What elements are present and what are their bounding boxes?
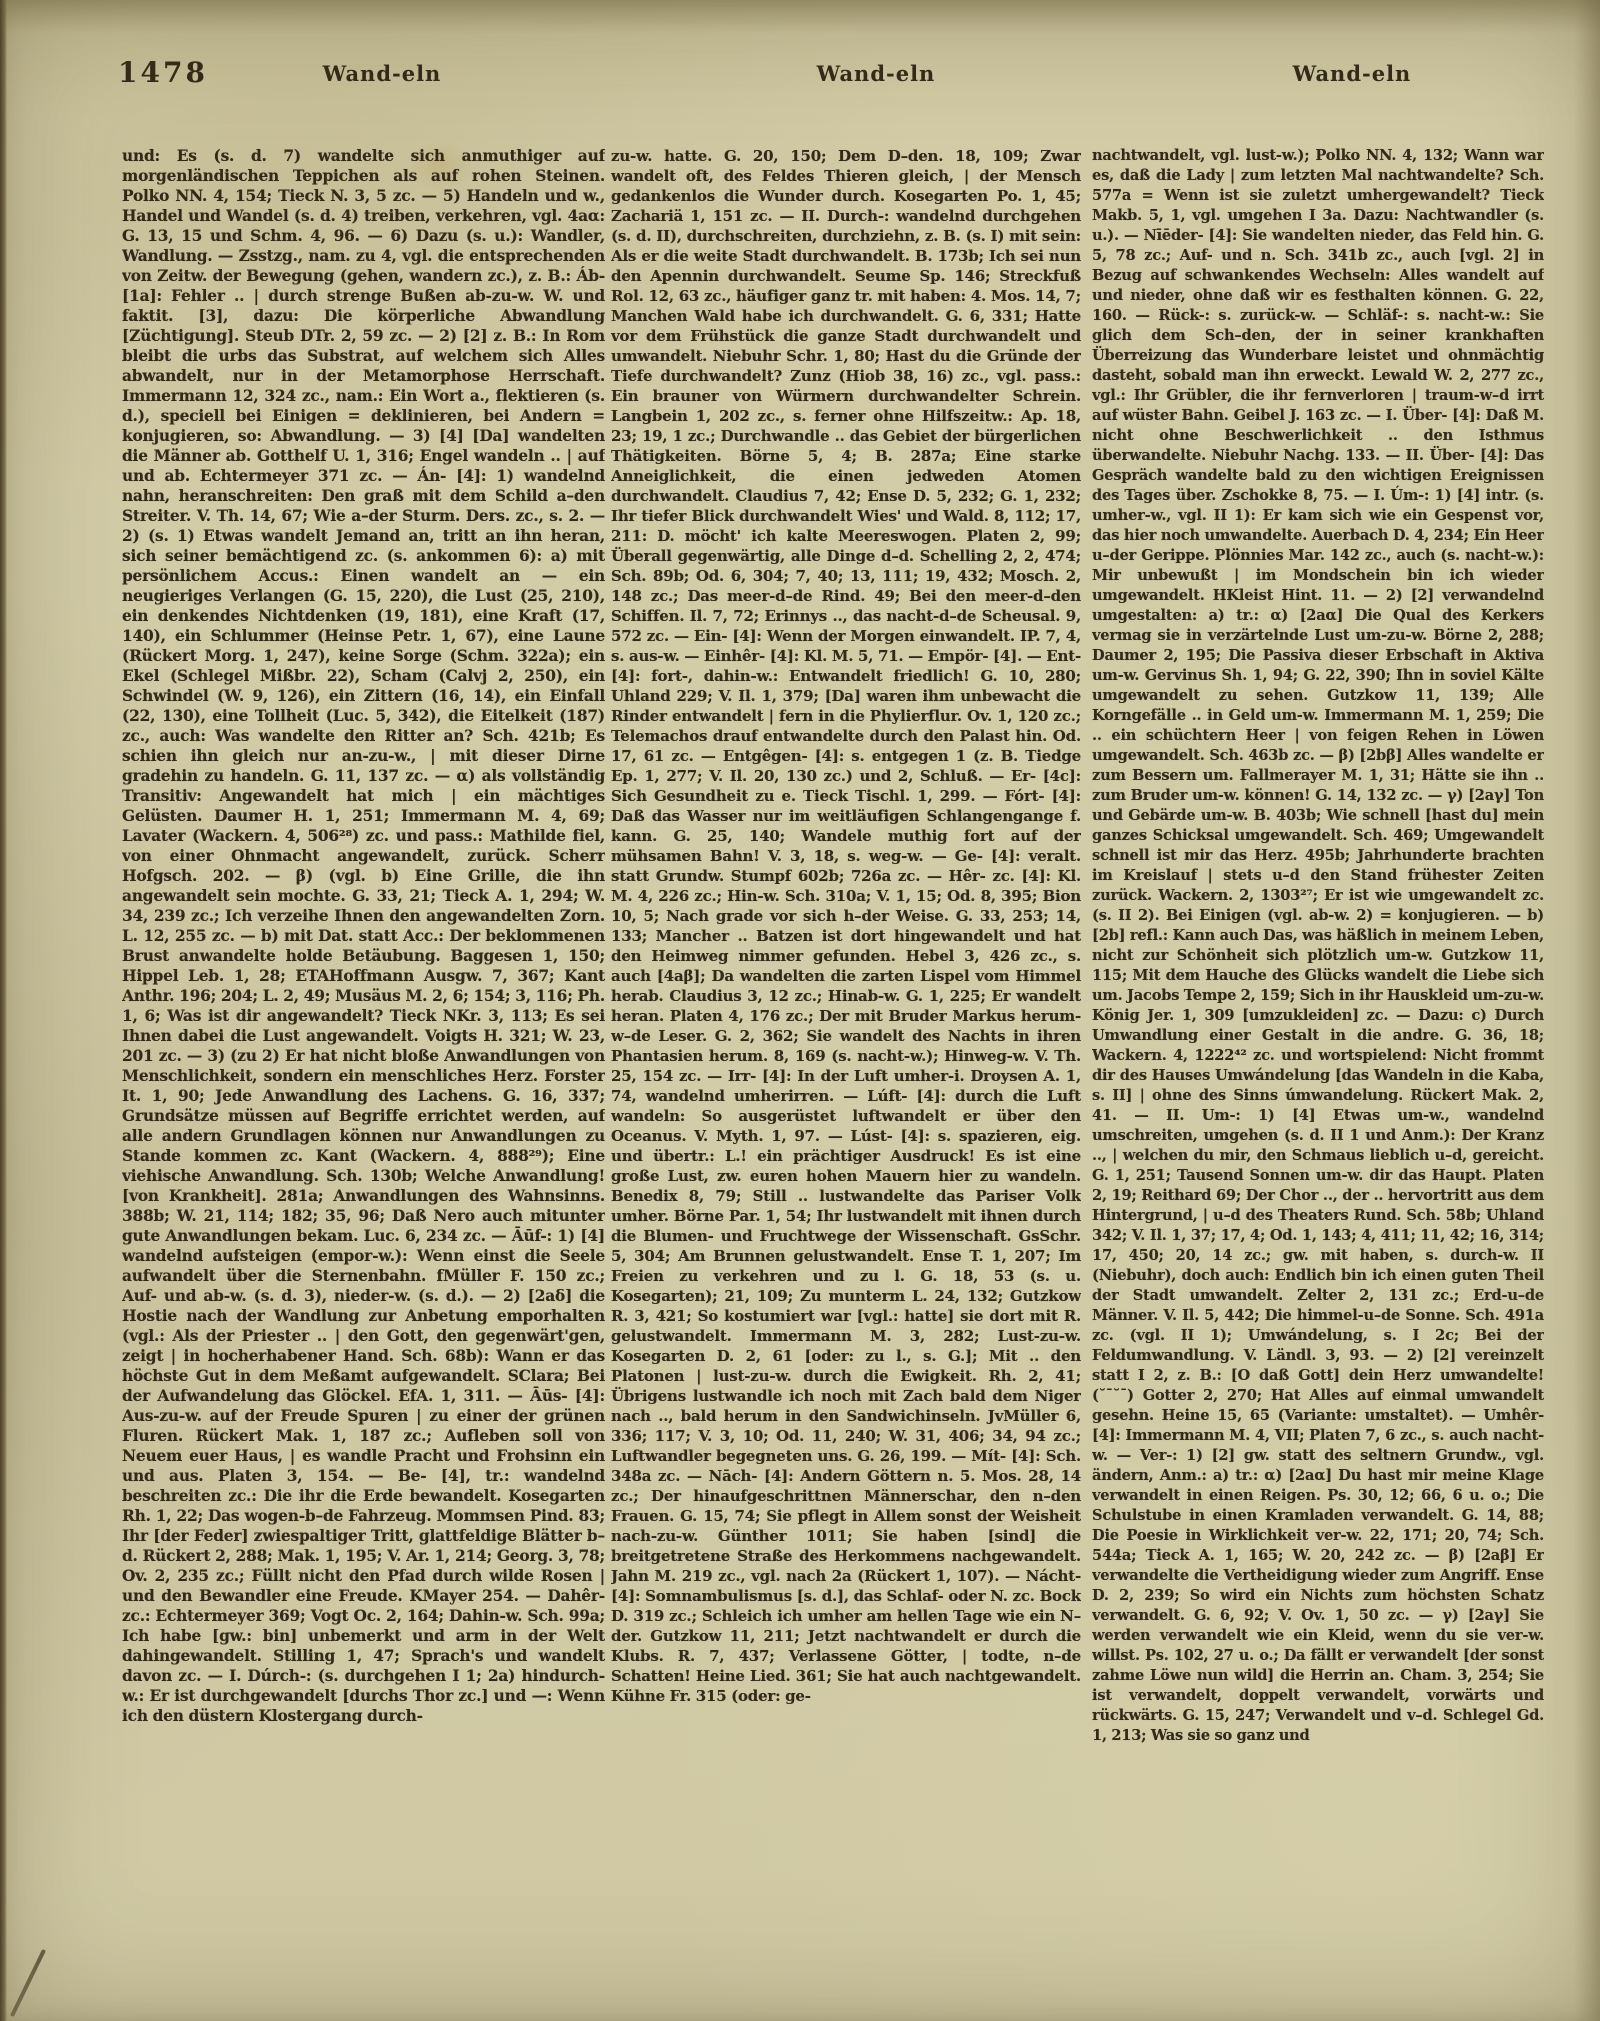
pen-mark	[10, 1949, 46, 2017]
text-column-2: zu-w. hatte. G. 20, 150; Dem D–den. 18, …	[611, 146, 1081, 1914]
running-head-column-3: Wand-eln	[1293, 61, 1412, 86]
text-column-3: nachtwandelt, vgl. lust-w.); Polko NN. 4…	[1092, 146, 1544, 1914]
scan-edge-left	[0, 0, 7, 2021]
scan-edge-top	[0, 0, 1600, 34]
running-head-column-2: Wand-eln	[817, 61, 936, 86]
running-head-column-1: Wand-eln	[323, 61, 442, 86]
page-number: 1478	[118, 56, 208, 89]
text-column-1: und: Es (s. d. 7) wandelte sich anmuthig…	[122, 146, 605, 1914]
scan-edge-right	[1574, 0, 1600, 2021]
